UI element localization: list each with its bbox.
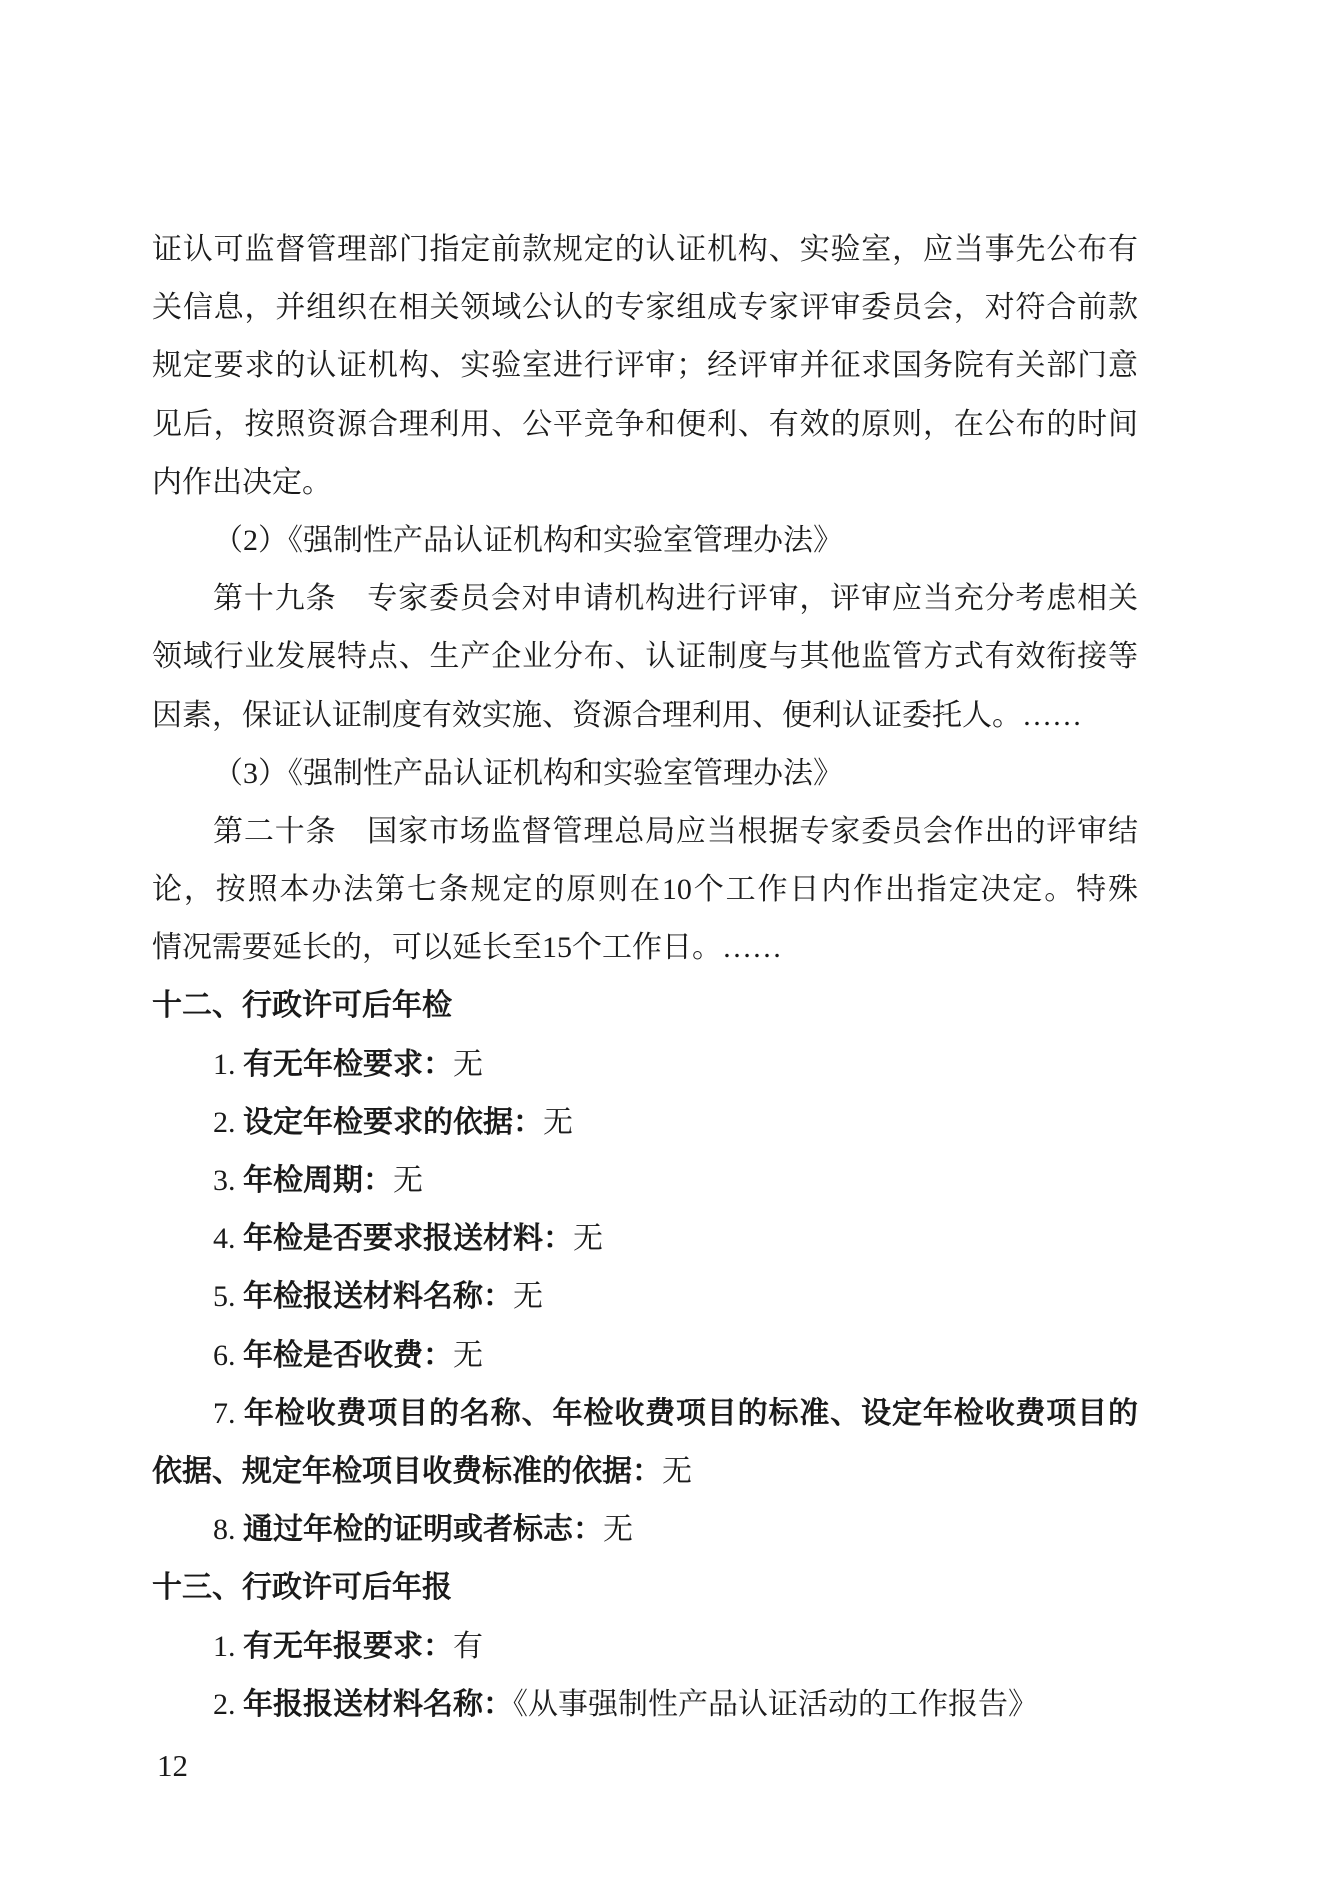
body-text: 7. <box>213 1397 244 1430</box>
text-line: 2. 设定年检要求的依据：无 <box>152 1094 1138 1152</box>
text-line: 内作出决定。 <box>152 454 1138 512</box>
body-text: 无 <box>543 1106 573 1139</box>
emphasis-text: 通过年检的证明或者标志： <box>243 1513 603 1546</box>
text-line: 依据、规定年检项目收费标准的依据：无 <box>152 1443 1138 1501</box>
body-text: 情况需要延长的，可以延长至15个工作日。…… <box>152 931 782 964</box>
text-line: 第二十条 国家市场监督管理总局应当根据专家委员会作出的评审结 <box>152 803 1138 861</box>
body-text: 6. <box>213 1339 243 1372</box>
text-line: 十二、行政许可后年检 <box>152 977 1138 1035</box>
body-text: 无 <box>573 1222 603 1255</box>
body-text: 《从事强制性产品认证活动的工作报告》 <box>513 1688 1038 1721</box>
body-text: 领域行业发展特点、生产企业分布、认证制度与其他监管方式有效衔接等 <box>152 640 1138 673</box>
text-line: 因素，保证认证制度有效实施、资源合理利用、便利认证委托人。…… <box>152 687 1138 745</box>
body-text: 因素，保证认证制度有效实施、资源合理利用、便利认证委托人。…… <box>152 699 1082 732</box>
emphasis-text: 有无年报要求： <box>243 1630 453 1663</box>
body-text: 内作出决定。 <box>152 466 332 499</box>
body-text: 无 <box>513 1280 543 1313</box>
body-text: 第二十条 国家市场监督管理总局应当根据专家委员会作出的评审结 <box>213 815 1138 848</box>
body-text: 4. <box>213 1222 243 1255</box>
emphasis-text: 年检收费项目的名称、年检收费项目的标准、设定年检收费项目的 <box>244 1397 1138 1430</box>
text-line: 3. 年检周期：无 <box>152 1152 1138 1210</box>
text-line: 7. 年检收费项目的名称、年检收费项目的标准、设定年检收费项目的 <box>152 1385 1138 1443</box>
body-text: 无 <box>393 1164 423 1197</box>
body-text: 无 <box>603 1513 633 1546</box>
body-text: 规定要求的认证机构、实验室进行评审；经评审并征求国务院有关部门意 <box>152 349 1138 382</box>
emphasis-text: 有无年检要求： <box>243 1048 453 1081</box>
body-text: 见后，按照资源合理利用、公平竞争和便利、有效的原则，在公布的时间 <box>152 408 1138 441</box>
emphasis-text: 十二、行政许可后年检 <box>152 989 452 1022</box>
body-text: 第十九条 专家委员会对申请机构进行评审，评审应当充分考虑相关 <box>213 582 1138 615</box>
text-line: 1. 有无年报要求：有 <box>152 1618 1138 1676</box>
emphasis-text: 依据、规定年检项目收费标准的依据： <box>152 1455 662 1488</box>
body-text: 1. <box>213 1630 243 1663</box>
text-line: 情况需要延长的，可以延长至15个工作日。…… <box>152 919 1138 977</box>
body-text: 无 <box>662 1455 692 1488</box>
page-number: 12 <box>157 1749 188 1782</box>
body-text: （2）《强制性产品认证机构和实验室管理办法》 <box>213 524 843 557</box>
text-line: 第十九条 专家委员会对申请机构进行评审，评审应当充分考虑相关 <box>152 570 1138 628</box>
body-text: 无 <box>453 1048 483 1081</box>
body-text: 证认可监督管理部门指定前款规定的认证机构、实验室，应当事先公布有 <box>152 233 1138 266</box>
text-line: 见后，按照资源合理利用、公平竞争和便利、有效的原则，在公布的时间 <box>152 396 1138 454</box>
emphasis-text: 设定年检要求的依据： <box>243 1106 543 1139</box>
body-text: 3. <box>213 1164 243 1197</box>
text-line: 领域行业发展特点、生产企业分布、认证制度与其他监管方式有效衔接等 <box>152 628 1138 686</box>
text-line: 5. 年检报送材料名称：无 <box>152 1268 1138 1326</box>
emphasis-text: 年检是否收费： <box>243 1339 453 1372</box>
emphasis-text: 年检报送材料名称： <box>243 1280 513 1313</box>
body-text: 无 <box>453 1339 483 1372</box>
text-line: 4. 年检是否要求报送材料：无 <box>152 1210 1138 1268</box>
text-line: 证认可监督管理部门指定前款规定的认证机构、实验室，应当事先公布有 <box>152 221 1138 279</box>
body-text: （3）《强制性产品认证机构和实验室管理办法》 <box>213 757 843 790</box>
text-line: 2. 年报报送材料名称：《从事强制性产品认证活动的工作报告》 <box>152 1676 1138 1734</box>
body-text: 关信息，并组织在相关领域公认的专家组成专家评审委员会，对符合前款 <box>152 291 1138 324</box>
body-text: 2. <box>213 1106 243 1139</box>
emphasis-text: 年检周期： <box>243 1164 393 1197</box>
text-line: 6. 年检是否收费：无 <box>152 1327 1138 1385</box>
body-text: 8. <box>213 1513 243 1546</box>
body-text: 1. <box>213 1048 243 1081</box>
emphasis-text: 年报报送材料名称： <box>243 1688 513 1721</box>
text-column: 证认可监督管理部门指定前款规定的认证机构、实验室，应当事先公布有关信息，并组织在… <box>152 221 1138 1734</box>
body-text: 2. <box>213 1688 243 1721</box>
body-text: 论，按照本办法第七条规定的原则在10个工作日内作出指定决定。特殊 <box>152 873 1138 906</box>
emphasis-text: 年检是否要求报送材料： <box>243 1222 573 1255</box>
emphasis-text: 十三、行政许可后年报 <box>152 1571 452 1604</box>
text-line: 关信息，并组织在相关领域公认的专家组成专家评审委员会，对符合前款 <box>152 279 1138 337</box>
body-text: 5. <box>213 1280 243 1313</box>
text-line: 1. 有无年检要求：无 <box>152 1036 1138 1094</box>
text-line: 规定要求的认证机构、实验室进行评审；经评审并征求国务院有关部门意 <box>152 337 1138 395</box>
document-page: 证认可监督管理部门指定前款规定的认证机构、实验室，应当事先公布有关信息，并组织在… <box>0 0 1339 1890</box>
text-line: 8. 通过年检的证明或者标志：无 <box>152 1501 1138 1559</box>
text-line: （2）《强制性产品认证机构和实验室管理办法》 <box>152 512 1138 570</box>
text-line: 十三、行政许可后年报 <box>152 1559 1138 1617</box>
text-line: （3）《强制性产品认证机构和实验室管理办法》 <box>152 745 1138 803</box>
body-text: 有 <box>453 1630 483 1663</box>
text-line: 论，按照本办法第七条规定的原则在10个工作日内作出指定决定。特殊 <box>152 861 1138 919</box>
